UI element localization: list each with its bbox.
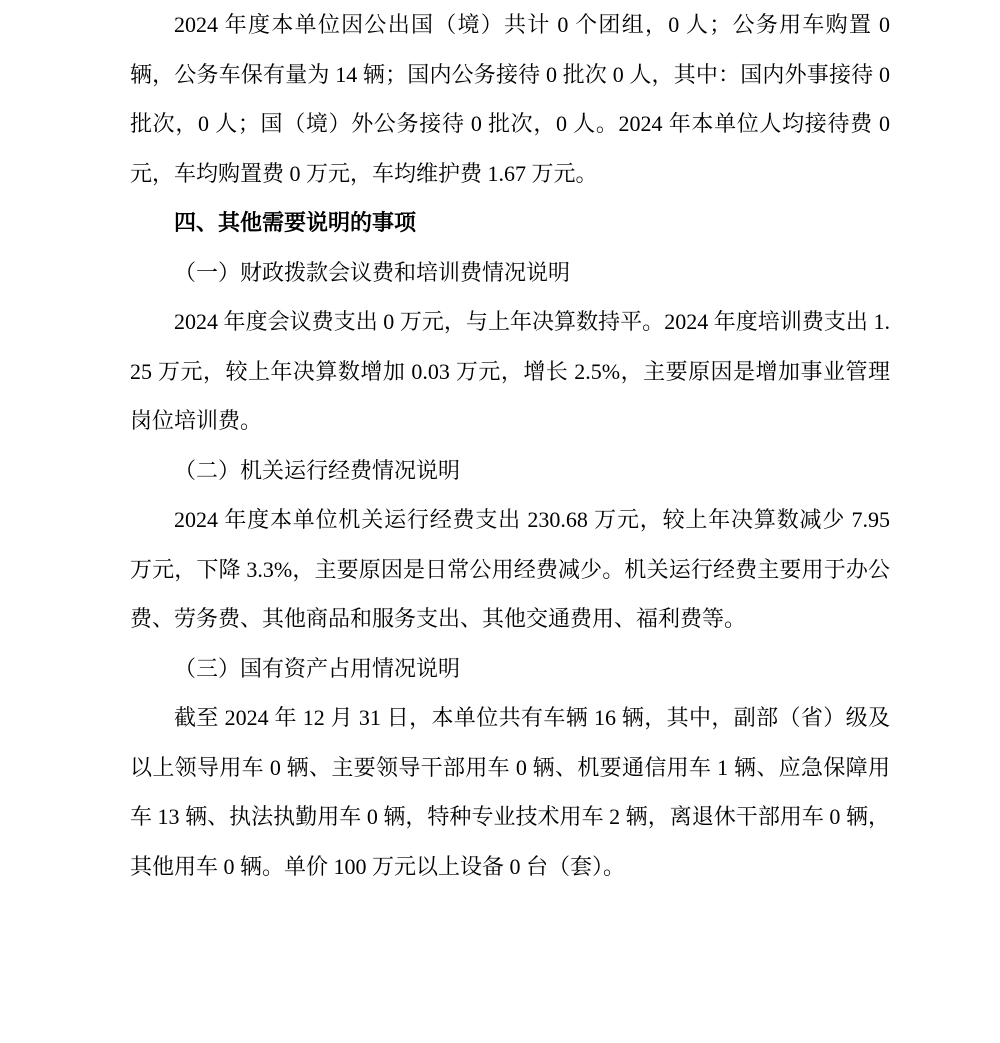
subsection-heading-operating-expenses: （二）机关运行经费情况说明 [130,446,890,496]
document-page: 2024 年度本单位因公出国（境）共计 0 个团组，0 人；公务用车购置 0 辆… [0,0,1000,1043]
paragraph-state-assets-detail: 截至 2024 年 12 月 31 日，本单位共有车辆 16 辆，其中，副部（省… [130,693,890,891]
subsection-heading-meeting-training-fees: （一）财政拨款会议费和培训费情况说明 [130,248,890,298]
subsection-heading-state-assets: （三）国有资产占用情况说明 [130,644,890,694]
paragraph-operating-expenses-detail: 2024 年度本单位机关运行经费支出 230.68 万元，较上年决算数减少 7.… [130,495,890,644]
paragraph-official-travel-vehicles-reception: 2024 年度本单位因公出国（境）共计 0 个团组，0 人；公务用车购置 0 辆… [130,0,890,198]
section-heading-other-matters: 四、其他需要说明的事项 [130,198,890,248]
paragraph-meeting-training-fees-detail: 2024 年度会议费支出 0 万元，与上年决算数持平。2024 年度培训费支出 … [130,297,890,446]
